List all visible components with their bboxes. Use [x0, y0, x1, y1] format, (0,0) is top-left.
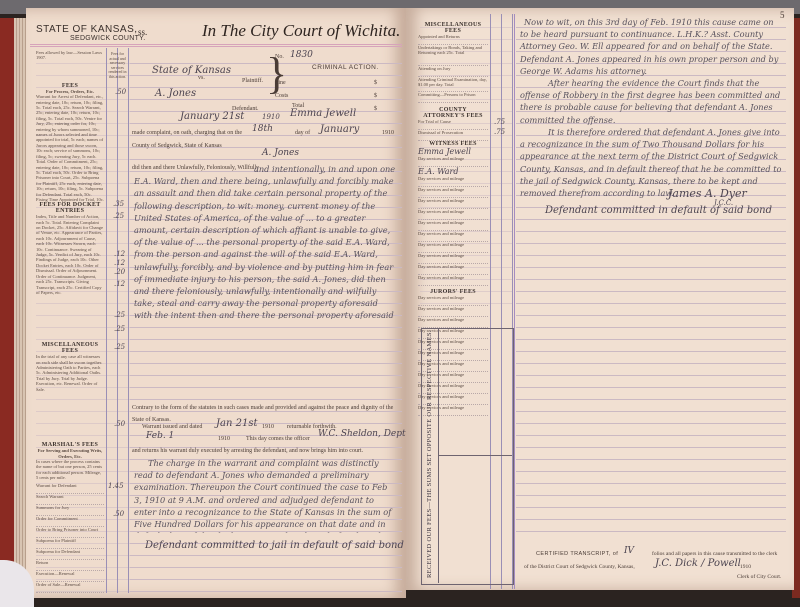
plaintiff-name: State of Kansas [152, 65, 231, 76]
county-attorney-fees-title: COUNTY ATTORNEY'S FEES [418, 107, 488, 119]
right-misc-fees-title: MISCELLANEOUS FEES [418, 22, 488, 34]
marshal-item: Summons for Jury [36, 505, 104, 516]
fee-amount: .25 [114, 325, 125, 333]
fee-amount: .12 [114, 280, 125, 288]
warrant-issued-label: Warrant issued and dated [142, 424, 202, 430]
accused-name: A. Jones [262, 148, 299, 158]
marshal-item: Subpoena for Plaintiff [36, 538, 104, 549]
court-title: In The City Court of Wichita. [202, 21, 400, 41]
witness-row: Day services and mileage [418, 156, 488, 167]
marshal-item: Order for Commitment [36, 516, 104, 527]
transcript-text-2: of the District Court of Sedgwick County… [524, 564, 635, 570]
complaint-printed-2: County of Sedgwick, State of Kansas [132, 143, 222, 149]
fee-col-line-3 [128, 48, 129, 593]
witness-row: Day services and mileage [418, 275, 488, 286]
marshal-item: Order to Bring Prisoner into Court [36, 527, 104, 538]
right-margin-line [514, 14, 515, 589]
fee-amount: .25 [114, 343, 125, 351]
fee-amount: .35 [113, 200, 124, 208]
warrant-year-2: 1910 [218, 436, 230, 442]
docket-fees-text: Index, Title and Number of Action, each … [36, 214, 104, 342]
fees-section-text: Warrant for Arrest of Defendant, etc., e… [36, 94, 104, 202]
juror-row: Day services and mileage [418, 317, 488, 328]
warrant-printed-1: Contrary to the form of the statutes in … [132, 402, 398, 426]
fee-amount: .50 [115, 88, 126, 96]
complainant-name: Emma Jewell [290, 108, 356, 119]
witness-name: E.A. Ward [418, 167, 488, 176]
county-attorney-item: For Trial of Cause [418, 119, 488, 130]
transcript-text-1: folios and all papers in this cause tran… [652, 551, 777, 557]
receipt-label: RECEIVED OUR FEES—THE SUMS SET OPPOSITE … [426, 330, 433, 578]
misc-fee-item: Attending Criminal Examination, day, $1.… [418, 77, 488, 92]
fee-amount: 1.45 [108, 482, 124, 490]
witness-row: Day services and mileage [418, 253, 488, 264]
witness-row: Day services and mileage [418, 242, 488, 253]
fee-col-line-1 [106, 48, 107, 593]
case-number: 1830 [290, 50, 313, 60]
fee-amount: .12 [114, 259, 125, 267]
header-county: SEDGWICK COUNTY. [70, 35, 145, 42]
fee-amount: .50 [113, 510, 124, 518]
warrant-return-date: Feb. 1 [146, 431, 174, 441]
fee-amount: .20 [114, 268, 125, 276]
complaint-narrative: and intentionally, in and upon one E.A. … [134, 163, 396, 319]
right-proceedings-1: Now to wit, on this 3rd day of Feb. 1910… [520, 16, 782, 77]
misc-fee-item: Undertakings or Bonds, Taking and Return… [418, 45, 488, 66]
complaint-month: January [320, 124, 359, 135]
marshal-fees-subtitle: For Serving and Executing Writs, Orders,… [36, 448, 104, 459]
receipt-box-split [438, 455, 512, 456]
receipt-box [421, 328, 514, 585]
warrant-issued-date: Jan 21st [216, 418, 257, 429]
witness-name: Emma Jewell [418, 147, 488, 156]
warrant-year: 1910 [262, 424, 274, 430]
clerk-label: Clerk of City Court. [737, 574, 781, 580]
costs-currency: $ [374, 93, 377, 99]
complaint-year: 1910 [262, 113, 280, 121]
witness-row: Day services and mileage [418, 209, 488, 220]
transcript-year: 1910 [740, 564, 751, 570]
fee-schedule: Fees allowed by law—Session Laws 1907. F… [36, 50, 104, 593]
header-rule-2 [30, 46, 402, 47]
right-proceedings-2: After hearing the evidence the Court fin… [520, 77, 782, 126]
transcript-label: CERTIFIED TRANSCRIPT, of [536, 551, 618, 557]
witness-row: Day services and mileage [418, 176, 488, 187]
misc-fees-title: MISCELLANEOUS FEES [36, 342, 104, 354]
marshal-item: Warrant for Defendant [36, 483, 104, 494]
complaint-printed-1: made complaint, on oath, charging that o… [132, 130, 242, 136]
header-ss: ss. [138, 27, 147, 37]
marshal-item: Return [36, 560, 104, 571]
witness-row: Day services and mileage [418, 264, 488, 275]
misc-fee-item: Attending on Jury [418, 66, 488, 77]
marshal-fees-text: In cases where the process contains the … [36, 459, 104, 481]
clerk-signature: J.C. Dick / Powell [655, 558, 741, 569]
plaintiff-label: Plaintiff. [242, 78, 263, 84]
fee-column-header: Fees for actual and necessary services r… [107, 52, 128, 80]
complaint-day: 18th [252, 124, 273, 134]
marshal-item: Subpoena for Defendant [36, 549, 104, 560]
fee-amount: .25 [114, 311, 125, 319]
fee-amount: .50 [114, 420, 125, 428]
marshal-item: Order of Sale—Renewal [36, 582, 104, 593]
action-type: CRIMINAL ACTION. [312, 64, 379, 71]
docket-fees-title: FEES FOR DOCKET ENTRIES [36, 202, 104, 214]
witness-row: Day services and mileage [418, 198, 488, 209]
complaint-year-2: 1910 [382, 130, 394, 136]
total-currency: $ [374, 106, 377, 112]
witness-row: Day services and mileage [418, 220, 488, 231]
misc-fee-item: Committing—Persons to Prison [418, 92, 488, 103]
case-number-label: No. [275, 54, 284, 60]
witness-row: Day services and mileage [418, 187, 488, 198]
left-proceedings: The charge in the warrant and complaint … [134, 457, 396, 533]
warrant-printed-2: and returns his warrant duly executed by… [132, 448, 363, 454]
county-attorney-item: Dismissal of Prosecution [418, 130, 488, 141]
marshal-item: Execution—Renewal [36, 571, 104, 582]
witness-row: Day services and mileage [418, 231, 488, 242]
witness-amount: .75 [494, 128, 505, 136]
judge-signature: James A. Dyer [668, 187, 747, 200]
marshal-items: Warrant for Defendant Search Warrant Sum… [36, 483, 104, 593]
transcript-folios: IV [624, 546, 634, 556]
vs-label: vs. [198, 75, 205, 81]
costs-label: Costs [275, 93, 288, 99]
misc-fees-text: In the trial of any case all witnesses o… [36, 354, 104, 442]
fee-amount: .12 [114, 250, 125, 258]
left-committed-note: Defendant committed to jail in default o… [145, 540, 404, 551]
right-committed-note: Defendant committed in default of said b… [545, 205, 772, 216]
fee-amount: .25 [113, 212, 124, 220]
header-state: STATE OF KANSAS, [36, 24, 138, 35]
fine-label: Fine [275, 80, 286, 86]
header-rule [30, 44, 402, 45]
fee-intro: Fees allowed by law—Session Laws 1907. [36, 50, 104, 61]
fine-currency: $ [374, 80, 377, 86]
marshal-item: Search Warrant [36, 494, 104, 505]
juror-row: Day services and mileage [418, 306, 488, 317]
day-of-label: day of [295, 130, 310, 136]
defendant-name: A. Jones [155, 88, 196, 99]
complaint-date: January 21st [180, 111, 244, 122]
witness-amount: .75 [494, 118, 505, 126]
misc-fee-item: Appointed and Returns [418, 34, 488, 45]
juror-row: Day services and mileage [418, 295, 488, 306]
officer-text: This day comes the officer [246, 436, 310, 442]
